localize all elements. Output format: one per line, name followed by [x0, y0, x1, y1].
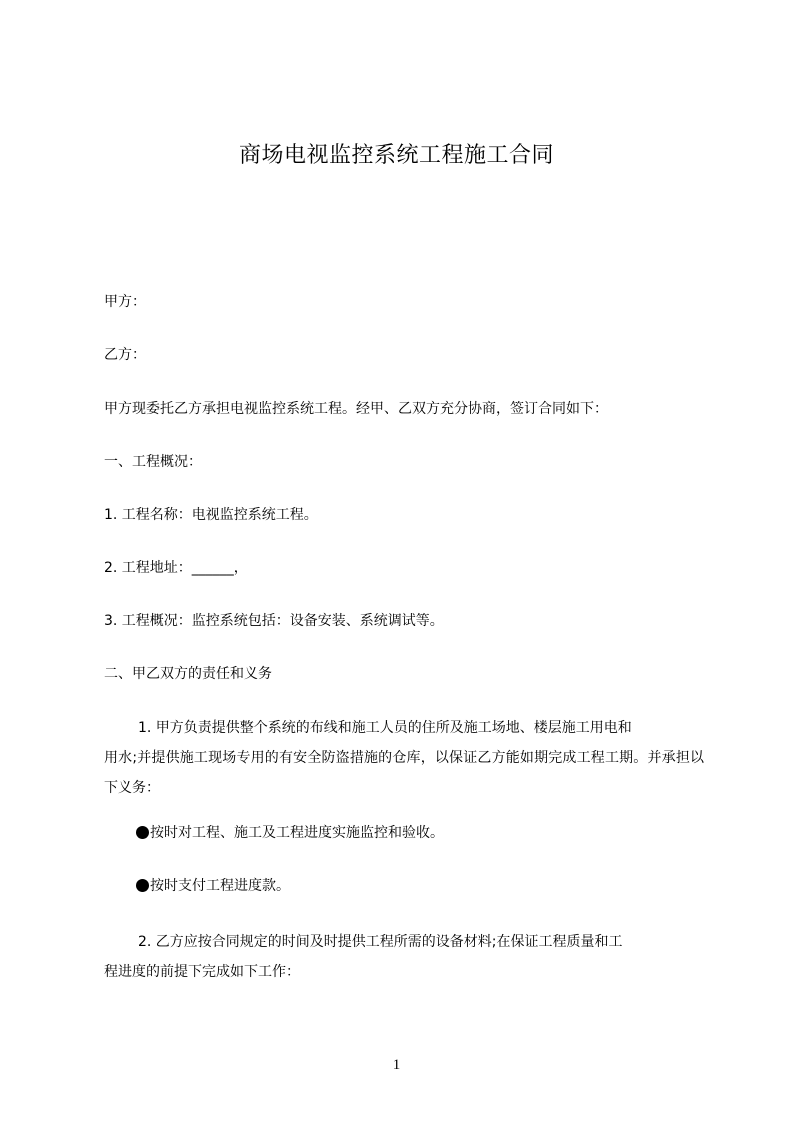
bullet-item-1: 按时对工程、施工及工程进度实施监控和验收。 — [136, 823, 746, 843]
document-page: 商场电视监控系统工程施工合同 甲方： 乙方： 甲方现委托乙方承担电视监控系统工程… — [0, 0, 793, 1122]
page-number: 1 — [0, 1056, 793, 1074]
section-2-heading: 二、甲乙双方的责任和义务 — [104, 664, 714, 684]
clause-1-first-line: 1. 甲方负责提供整个系统的布线和施工人员的住所及施工场地、楼层施工用电和 — [104, 713, 716, 743]
section-2-clause-1: 1. 甲方负责提供整个系统的布线和施工人员的住所及施工场地、楼层施工用电和 用水… — [104, 713, 716, 803]
section-2-clause-2: 2. 乙方应按合同规定的时间及时提供工程所需的设备材料;在保证工程质量和工 程进… — [104, 927, 716, 987]
bullet-text: 按时对工程、施工及工程进度实施监控和验收。 — [150, 825, 444, 841]
bullet-text: 按时支付工程进度款。 — [150, 878, 290, 894]
party-a-label: 甲方： — [104, 292, 714, 312]
section-1-item-1: 1. 工程名称：电视监控系统工程。 — [104, 505, 714, 525]
party-b-label: 乙方： — [104, 345, 714, 365]
section-1-item-3: 3. 工程概况：监控系统包括：设备安装、系统调试等。 — [104, 611, 714, 631]
section-1-heading: 一、工程概况： — [104, 452, 714, 472]
clause-2-first-line: 2. 乙方应按合同规定的时间及时提供工程所需的设备材料;在保证工程质量和工 — [104, 927, 716, 957]
clause-1-continuation: 用水;并提供施工现场专用的有安全防盗措施的仓库，以保证乙方能如期完成工程工期。并… — [104, 743, 704, 803]
clause-2-continuation: 程进度的前提下完成如下工作： — [104, 957, 716, 987]
section-1-item-2: 2. 工程地址：______， — [104, 558, 714, 578]
bullet-icon — [136, 879, 149, 892]
intro-paragraph: 甲方现委托乙方承担电视监控系统工程。经甲、乙双方充分协商，签订合同如下： — [104, 399, 714, 419]
bullet-item-2: 按时支付工程进度款。 — [136, 876, 746, 896]
bullet-icon — [136, 826, 149, 839]
document-title: 商场电视监控系统工程施工合同 — [0, 141, 793, 171]
